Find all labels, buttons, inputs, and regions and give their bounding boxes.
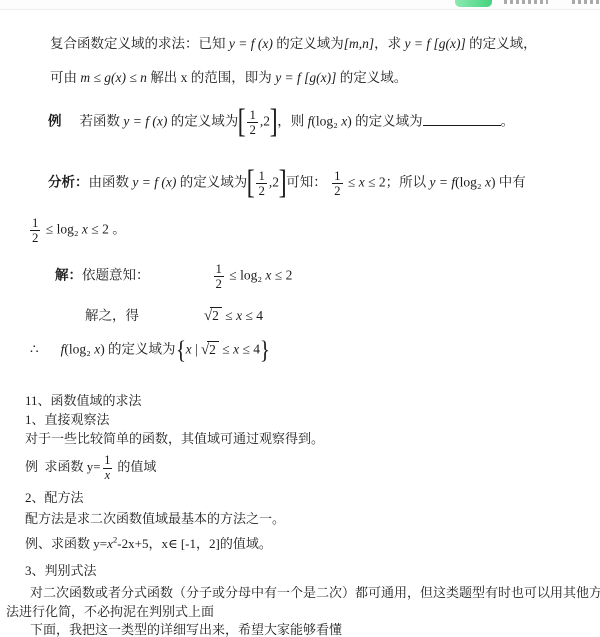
text-run: ,2 — [260, 114, 270, 129]
example-problem-line: 例若函数 y = f (x) 的定义域为[12,2]，则 f(log₂ x) 的… — [48, 108, 514, 137]
text-run: 的定义域为 — [176, 175, 247, 190]
clipped-toolbar-text — [572, 0, 600, 4]
text-run: 若函数 — [80, 114, 124, 129]
para-composite-domain-2: 可由 m ≤ g(x) ≤ n 解出 x 的范围，即为 y = f [g(x)]… — [50, 70, 407, 87]
text-run: (log₂ — [64, 342, 94, 357]
text-run: ≤ — [222, 308, 236, 323]
text-run: ≤ log₂ — [42, 222, 82, 237]
math-variable: y = f [g(x)] — [404, 36, 465, 51]
para-method-2: 配方法是求二次函数值域最基本的方法之一。 — [25, 511, 285, 527]
fraction-numerator: 1 — [216, 262, 222, 276]
text-run: 1、直接观察法 — [25, 412, 110, 427]
inequality-continued-line: 12 ≤ log₂ x ≤ 2 。 — [28, 216, 126, 245]
left-bracket-icon: [ — [238, 108, 246, 137]
text-run: ≤ 2 。 — [88, 222, 126, 237]
left-brace-icon: { — [175, 340, 185, 361]
text-run: 的定义域为 — [273, 36, 344, 51]
math-variable: y = f [g(x)] — [275, 70, 336, 85]
toolbar-green-button[interactable] — [455, 0, 492, 7]
text-run: 例 求函数 y= — [25, 459, 101, 474]
text-run: 。 — [501, 114, 515, 129]
text-run: ∴ — [30, 342, 39, 357]
para-closing: 下面，我把这一类型的详细写出来，希望大家能够看懂 — [30, 622, 342, 637]
text-run: 配方法是求二次函数值域最基本的方法之一。 — [25, 511, 285, 526]
math-variable: y = f (x) — [123, 114, 167, 129]
heading-range-methods: 11、函数值域的求法 — [25, 393, 142, 409]
fraction: 12 — [247, 108, 257, 137]
text-run: ≤ — [345, 175, 359, 190]
text-run: (log₂ — [311, 114, 341, 129]
fraction: 12 — [214, 262, 224, 291]
math-variable: y = f — [430, 175, 456, 190]
text-run: ,2 — [269, 175, 279, 190]
solution-line-2: 解之，得√2 ≤ x ≤ 4 — [85, 307, 263, 326]
text-run: 3、判别式法 — [25, 563, 97, 578]
heading-method-2: 2、配方法 — [25, 490, 84, 506]
fraction: 12 — [30, 216, 40, 245]
text-run: 对于一些比较简单的函数，其值域可通过观察得到。 — [25, 431, 324, 446]
fraction-numerator: 1 — [32, 216, 38, 230]
example-reciprocal: 例 求函数 y=1x 的值域 — [25, 454, 156, 482]
text-run: 解之，得 — [85, 308, 139, 323]
text-run: ) 中有 — [491, 175, 526, 190]
text-run: ≤ log₂ — [226, 268, 266, 283]
math-variable: m ≤ g(x) ≤ n — [80, 70, 147, 85]
math-variable: y = f (x) — [229, 36, 273, 51]
bold-label: 分析： — [48, 175, 89, 190]
fraction-numerator: 1 — [249, 108, 255, 122]
text-run: ≤ 4 — [242, 308, 263, 323]
clipped-toolbar-text — [504, 0, 548, 4]
para-method-1: 对于一些比较简单的函数，其值域可通过观察得到。 — [25, 431, 324, 447]
radicand: 2 — [210, 307, 222, 323]
text-run: ，则 — [277, 114, 307, 129]
left-bracket-icon: [ — [247, 169, 255, 198]
radicand: 2 — [207, 341, 219, 357]
text-run: ≤ 4 — [239, 342, 260, 357]
text-run: | — [192, 342, 201, 357]
text-run: 的值域 — [114, 459, 156, 474]
text-run: 可由 — [50, 70, 80, 85]
text-run: 由函数 — [89, 175, 133, 190]
toolbar-clipped — [0, 0, 600, 10]
fraction: 12 — [256, 169, 266, 198]
para-method-3-line-1: 对二次函数或者分式函数（分子或分母中有一个是二次）都可通用，但这类题型有时也可以… — [30, 585, 600, 601]
fraction-denominator: 2 — [247, 122, 257, 137]
text-run: 对二次函数或者分式函数（分子或分母中有一个是二次）都可通用，但这类题型有时也可以… — [30, 585, 600, 600]
analysis-line: 分析：由函数 y = f (x) 的定义域为[12,2]可知： 12 ≤ x ≤… — [48, 169, 526, 198]
fraction-denominator: 2 — [256, 183, 266, 198]
solution-line-1: 解：依题意知：12 ≤ log₂ x ≤ 2 — [55, 262, 292, 291]
conclusion-line: ∴f(log₂ x) 的定义域为{x | √2 ≤ x ≤ 4} — [30, 340, 270, 361]
text-run: 法进行化简，不必拘泥在判别式上面 — [6, 604, 214, 619]
math-variable: y = f (x) — [132, 175, 176, 190]
text-run: ，求 — [374, 36, 404, 51]
text-run: ≤ 2 — [271, 268, 292, 283]
sqrt-expression: √2 — [204, 308, 222, 323]
text-run: 解出 x 的范围，即为 — [147, 70, 275, 85]
fraction: 12 — [332, 169, 342, 198]
para-method-3-line-2: 法进行化简，不必拘泥在判别式上面 — [6, 604, 214, 620]
heading-method-1: 1、直接观察法 — [25, 412, 110, 428]
para-composite-domain-1: 复合函数定义域的求法：已知 y = f (x) 的定义域为[m,n]，求 y =… — [50, 36, 537, 53]
example-quadratic: 例、求函数 y=x2-2x+5，x∈ [-1，2]的值域。 — [25, 536, 272, 552]
text-run: 的定义域。 — [336, 70, 407, 85]
text-run: 可知： — [286, 175, 330, 190]
fraction-denominator: 2 — [332, 183, 342, 198]
text-run: ) 的定义域为 — [100, 342, 175, 357]
text-run: ≤ — [219, 342, 233, 357]
fraction-denominator: 2 — [30, 230, 40, 245]
text-run: ) 的定义域为 — [347, 114, 422, 129]
blank-underline — [423, 113, 501, 126]
heading-method-3: 3、判别式法 — [25, 563, 97, 579]
fraction-denominator: x — [103, 468, 112, 483]
text-run: ≤ 2；所以 — [365, 175, 430, 190]
fraction-numerator: 1 — [334, 169, 340, 183]
text-run: 11、函数值域的求法 — [25, 393, 142, 408]
text-run: (log₂ — [455, 175, 485, 190]
sqrt-expression: √2 — [201, 342, 219, 357]
fraction: 1x — [103, 454, 112, 482]
text-run: 例、求函数 y= — [25, 536, 107, 551]
text-run: 下面，我把这一类型的详细写出来，希望大家能够看懂 — [30, 622, 342, 637]
document-page: 复合函数定义域的求法：已知 y = f (x) 的定义域为[m,n]，求 y =… — [0, 10, 600, 637]
bold-label: 解： — [55, 268, 82, 283]
math-variable: [m,n] — [344, 36, 374, 51]
text-run: 复合函数定义域的求法：已知 — [50, 36, 229, 51]
fraction-numerator: 1 — [104, 454, 110, 468]
text-run: 的定义域， — [466, 36, 537, 51]
text-run: 的定义域为 — [167, 114, 238, 129]
right-brace-icon: } — [260, 340, 270, 361]
text-run: 2、配方法 — [25, 490, 84, 505]
right-bracket-icon: ] — [279, 169, 287, 198]
fraction-denominator: 2 — [214, 276, 224, 291]
right-bracket-icon: ] — [270, 108, 278, 137]
text-run: -2x+5，x∈ [-1，2]的值域。 — [117, 536, 272, 551]
bold-label: 例 — [48, 114, 62, 129]
text-run: 依题意知： — [82, 268, 150, 283]
fraction-numerator: 1 — [258, 169, 264, 183]
